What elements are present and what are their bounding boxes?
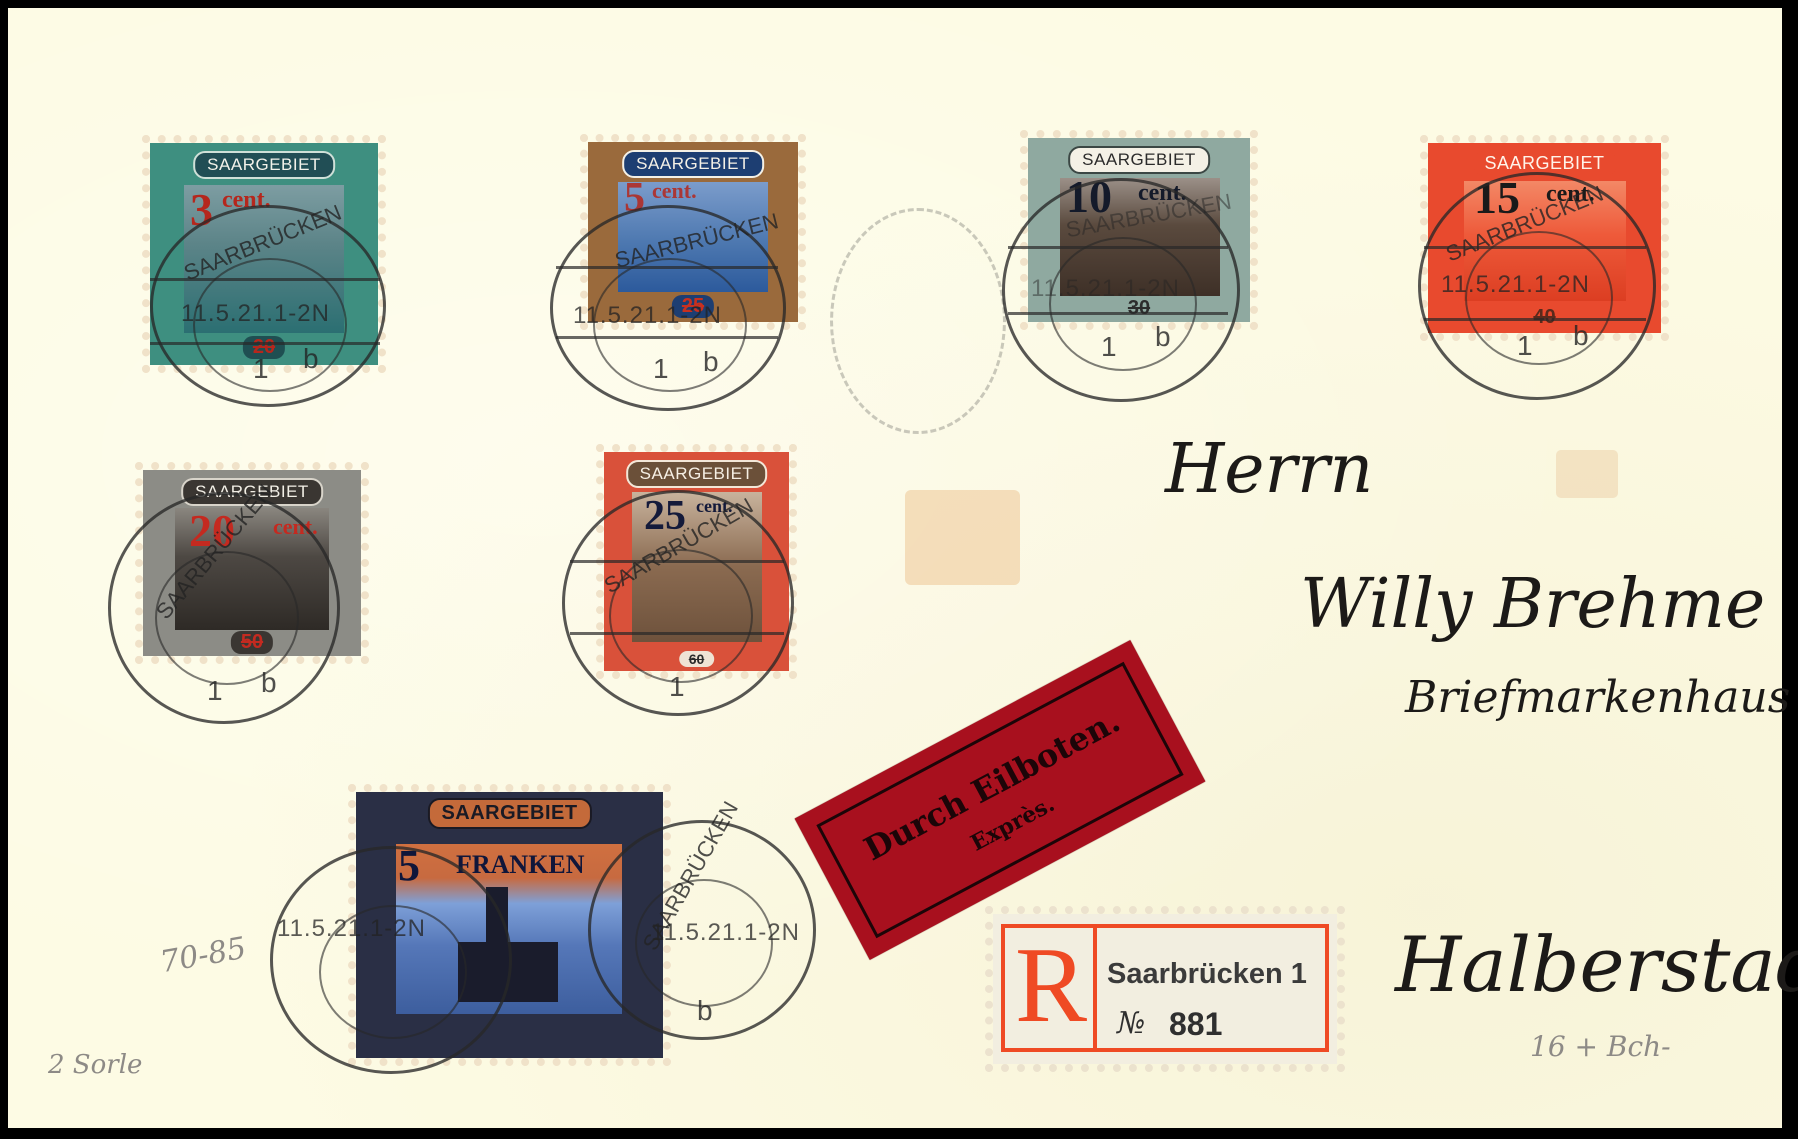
stamp-country-name: SAARGEBIET (181, 478, 323, 506)
surcharge-unit: cent. (652, 178, 697, 204)
stamp-country-name: SAARGEBIET (427, 798, 591, 829)
stamp-3-cent: SAARGEBIET 3 cent. 20 (150, 143, 378, 365)
address-business: Briefmarkenhaus (1405, 672, 1790, 723)
surcharge-value: 3 (190, 183, 213, 236)
surcharge-unit: FRANKEN (456, 850, 585, 880)
surcharge-unit: cent. (1138, 180, 1187, 207)
address-name: Willy Brehme (1300, 565, 1765, 644)
postmark-bar (556, 266, 778, 269)
registration-number-prefix: № (1117, 1006, 1145, 1041)
surcharge-value: 20 (189, 504, 235, 557)
surcharge-value: 25 (644, 492, 686, 540)
stamp-10-cent: SAARGEBIET 10 cent. 30 (1028, 138, 1250, 322)
postmark-bar (1424, 246, 1646, 249)
pencil-note-left: 2 Sorle (48, 1050, 142, 1080)
pencil-note-right: 16 + Bch- (1530, 1030, 1671, 1063)
registration-label: R Saarbrücken 1 № 881 (993, 914, 1337, 1064)
stamp-20-cent: SAARGEBIET 20 cent. 50 (143, 470, 361, 656)
postmark-bar (1008, 312, 1228, 315)
original-value: 50 (231, 631, 273, 654)
surcharge-value: 10 (1066, 170, 1112, 223)
surcharge-value: 15 (1474, 171, 1520, 224)
original-value: 60 (679, 651, 715, 667)
postmark-bar (1424, 318, 1646, 321)
surcharge-unit: cent. (1546, 181, 1595, 208)
postmark-bar (556, 336, 778, 339)
surcharge-unit: cent. (696, 496, 732, 517)
tape-stain (905, 490, 1020, 585)
stamp-15-cent: SAARGEBIET 15 cent. 40 (1428, 143, 1661, 333)
postmark-bar (150, 278, 380, 281)
registration-office: Saarbrücken 1 (1107, 958, 1307, 991)
address-city: Halberstadt (1395, 920, 1798, 1009)
surcharge-value: 5 (624, 174, 645, 222)
registration-number: 881 (1169, 1006, 1222, 1043)
stamp-5-cent: SAARGEBIET 5 cent. 25 (588, 142, 798, 322)
original-value: 25 (672, 295, 714, 318)
surcharge-unit: cent. (273, 514, 318, 540)
address-salutation: Herrn (1165, 430, 1373, 509)
postmark-bar (150, 342, 380, 345)
postmark-bar (1008, 246, 1228, 249)
tape-stain (1556, 450, 1618, 498)
surcharge-unit: cent. (222, 187, 271, 214)
original-value: 30 (1118, 297, 1160, 320)
surcharge-value: 5 (398, 840, 420, 891)
original-value: 20 (243, 336, 285, 359)
stamp-5-franken: SAARGEBIET 5 FRANKEN (356, 792, 663, 1058)
stamp-country-name: SAARGEBIET (193, 151, 335, 179)
registration-letter: R (1015, 932, 1087, 1040)
postmark-bar (570, 560, 784, 563)
stamp-country-name: SAARGEBIET (626, 460, 768, 488)
postmark-bar (570, 632, 784, 635)
